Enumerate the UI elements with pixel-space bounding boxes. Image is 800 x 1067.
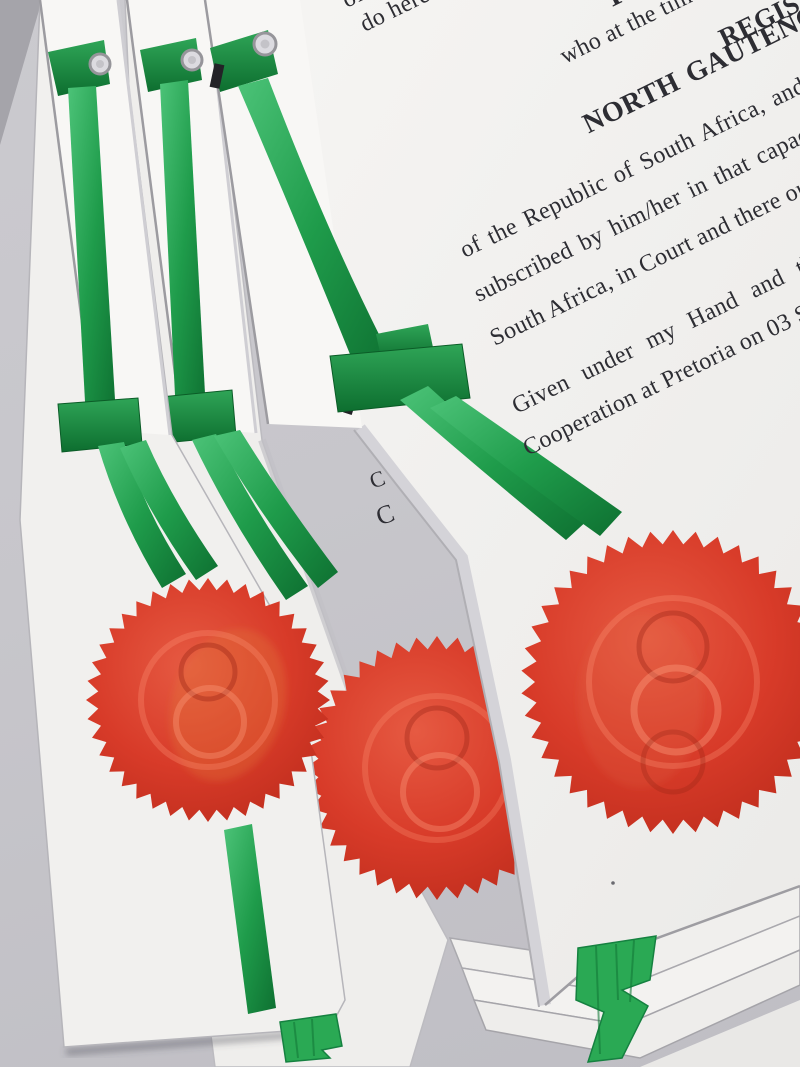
paper-speck	[611, 881, 615, 885]
ribbon-1-grommet-hole	[96, 60, 104, 68]
ribbon-3-grommet-hole	[261, 40, 270, 49]
ribbon-1-knot	[58, 398, 142, 452]
photo-sealed-certificates: of the D do hereby certify t TOB who at …	[0, 0, 800, 1067]
ribbon-2-grommet-hole	[188, 56, 196, 64]
